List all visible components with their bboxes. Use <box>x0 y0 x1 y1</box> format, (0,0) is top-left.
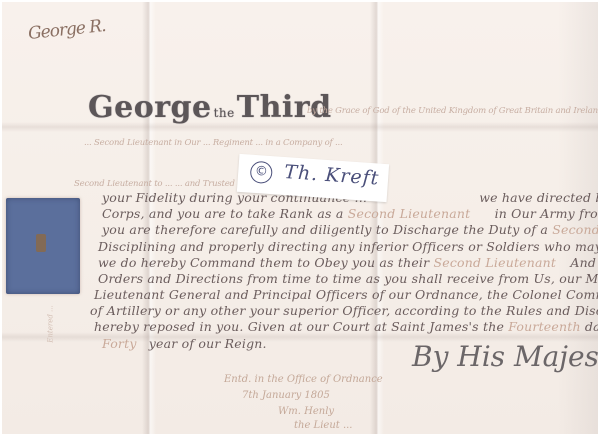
body-line: Lieutenant General and Principal Officer… <box>94 287 598 302</box>
docket-signature: George R. <box>27 16 106 44</box>
seal-emblem-icon <box>36 234 46 252</box>
commission-document: George R. GeorgetheThird by the Grace of… <box>2 2 598 434</box>
royal-signoff: By His Majesty's <box>412 340 598 373</box>
rank-fill: Second Lieutenant <box>434 255 557 270</box>
rank-fill: Second Lieutenant <box>552 222 598 237</box>
body-line: Corps, and you are to take Rank as a Sec… <box>102 206 598 221</box>
document-heading: GeorgetheThird <box>88 90 332 125</box>
preamble-line: by the Grace of God of the United Kingdo… <box>307 106 598 116</box>
reign-year-fill: Forty <box>102 336 137 351</box>
clerk-note: the Lieut ... <box>294 420 353 431</box>
clerk-note: Wm. Henly <box>278 406 334 417</box>
owner-signature: Th. Kreft <box>284 161 380 190</box>
body-line: Disciplining and properly directing any … <box>98 239 598 254</box>
body-line: we do hereby Command them to Obey you as… <box>98 255 598 270</box>
wafer-seal <box>6 198 80 294</box>
heading-connector: the <box>214 106 235 120</box>
body-line: you are therefore carefully and diligent… <box>102 222 598 237</box>
rank-fill: Second Lieutenant <box>348 206 471 221</box>
body-line: Forty year of our Reign. <box>102 336 267 351</box>
preamble-line: ... Second Lieutenant in Our ... Regimen… <box>84 138 343 148</box>
body-line: hereby reposed in you. Given at our Cour… <box>94 319 598 334</box>
copyright-icon: © <box>250 161 273 184</box>
heading-name: George <box>88 90 212 125</box>
body-line: Orders and Directions from time to time … <box>98 271 598 286</box>
margin-note: Entered ... <box>47 305 55 342</box>
body-line: of Artillery or any other your superior … <box>90 303 598 318</box>
clerk-note: Entd. in the Office of Ordnance <box>224 374 383 385</box>
directed-phrase: we have directed by Our Articles of ... <box>479 190 598 205</box>
clerk-note-date: 7th January 1805 <box>242 390 330 401</box>
day-fill: Fourteenth <box>508 319 580 334</box>
